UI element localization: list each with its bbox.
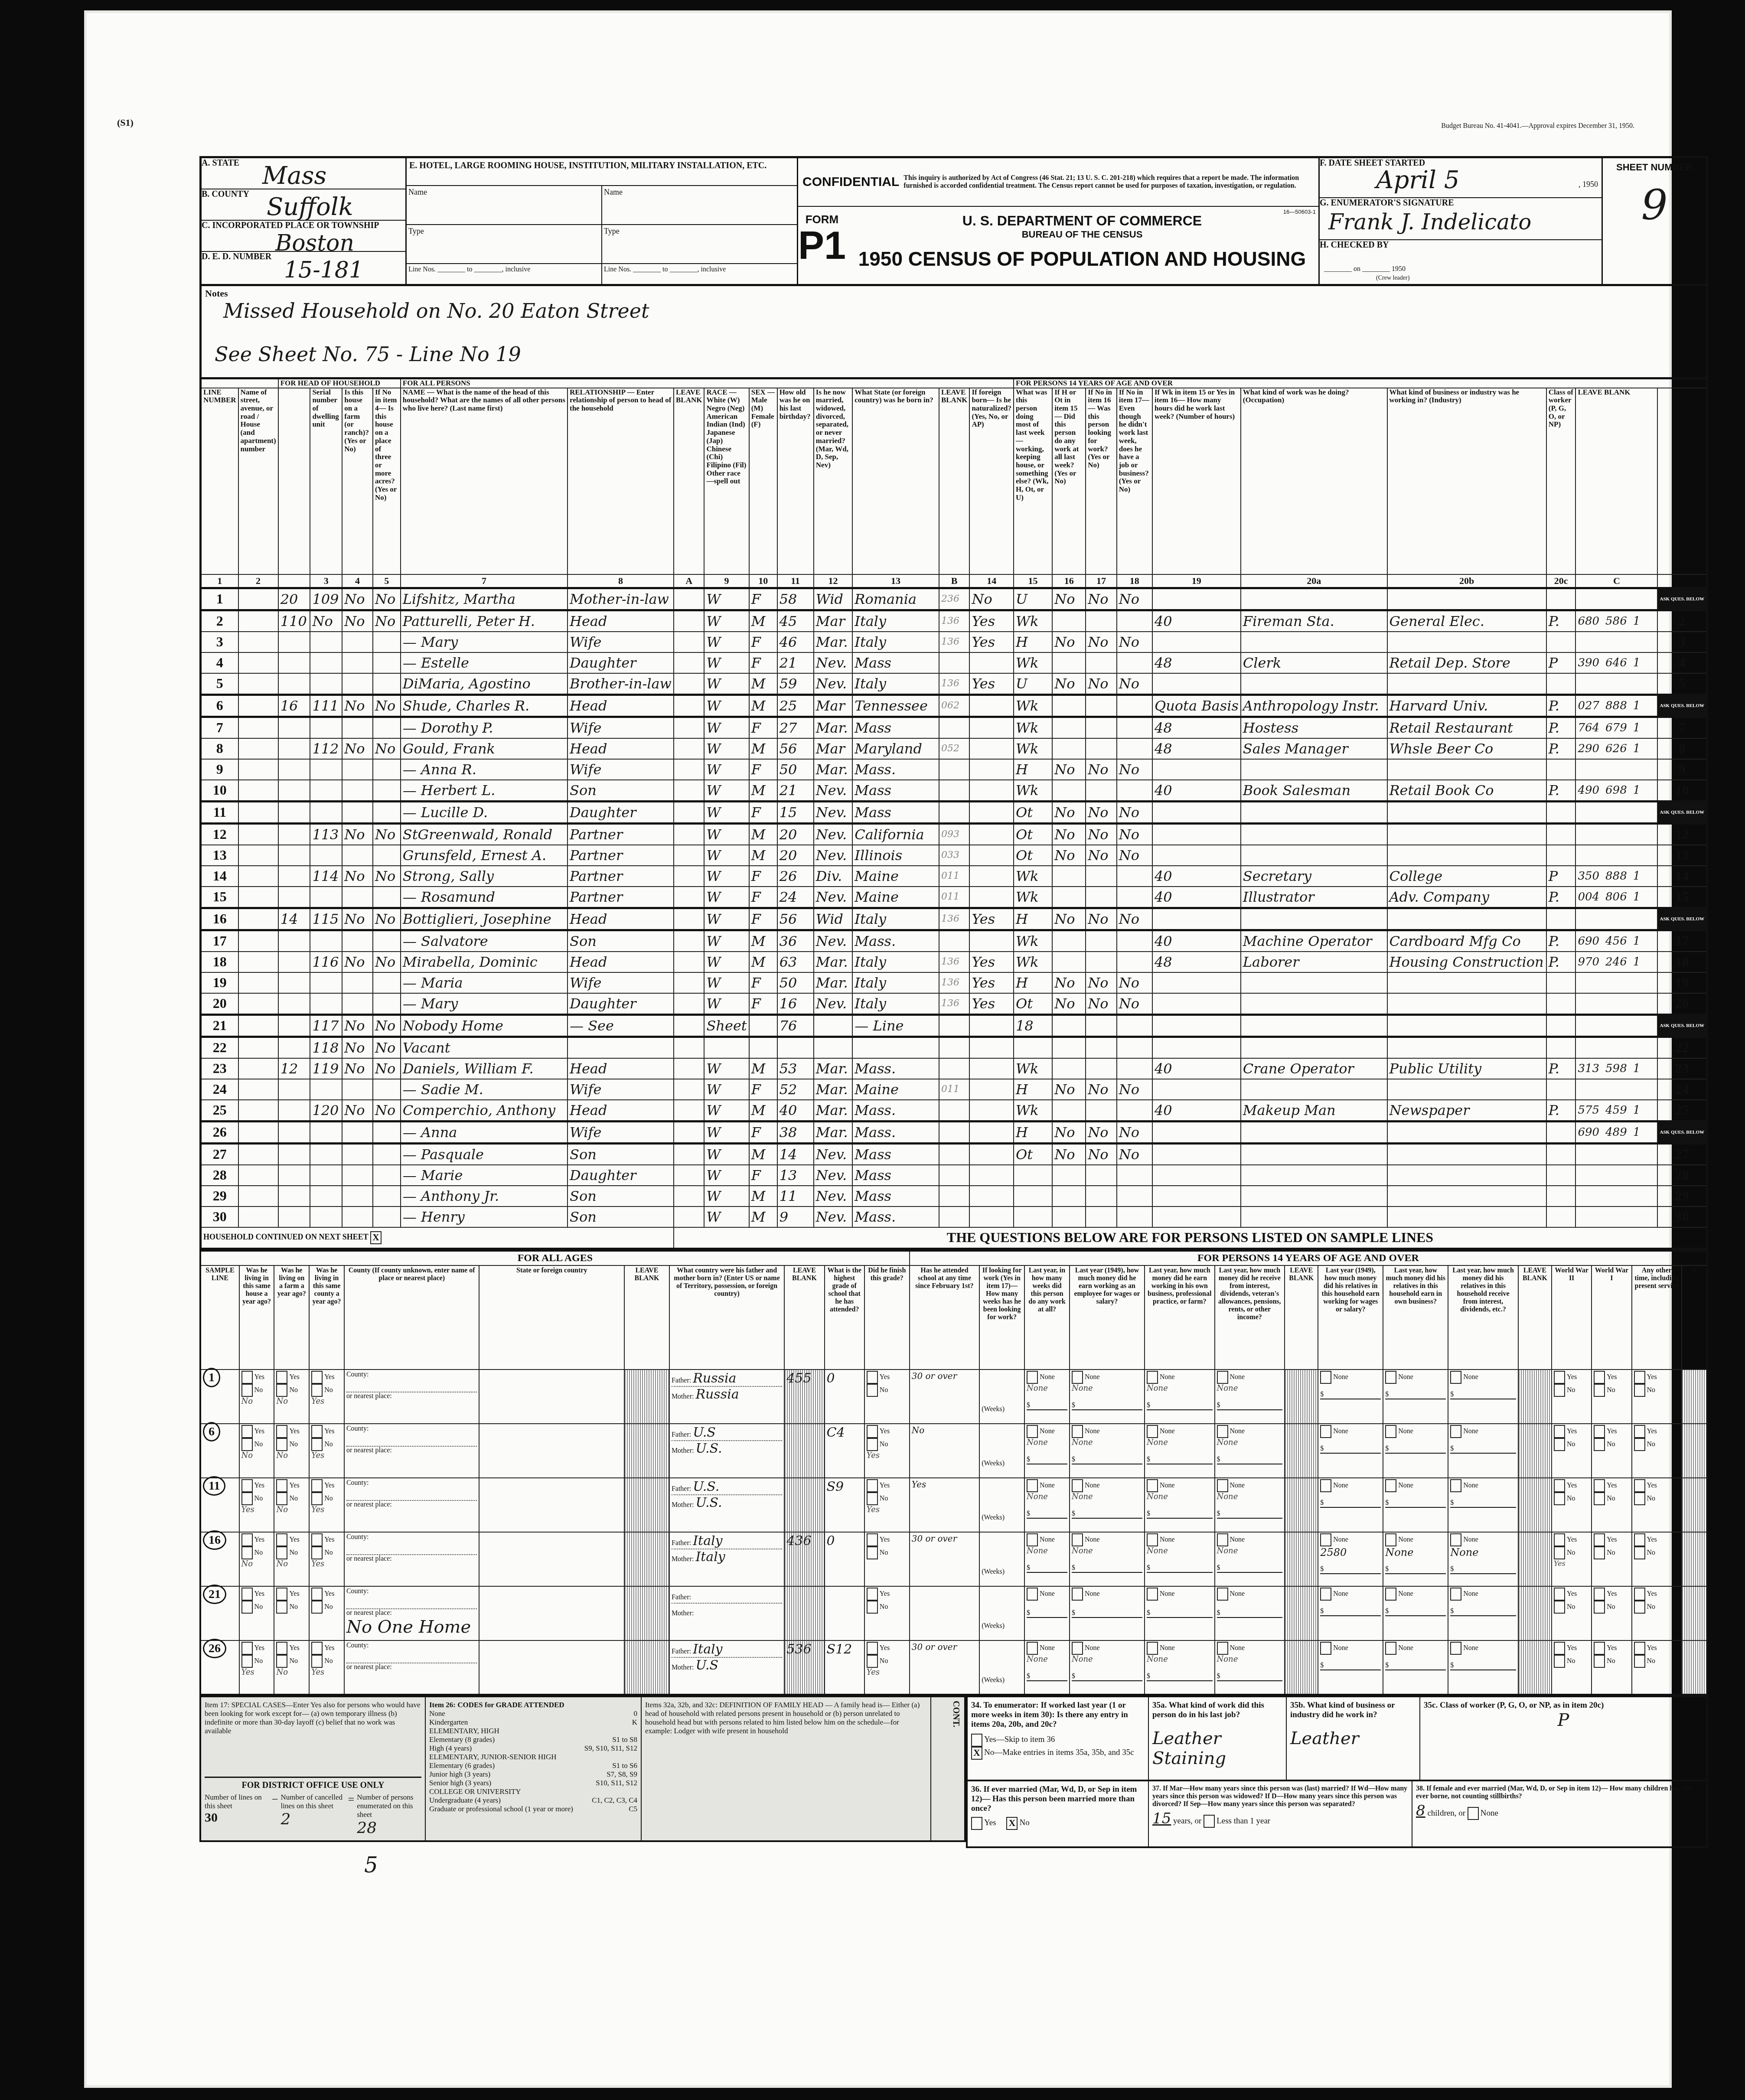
sex[interactable] [749, 1014, 777, 1037]
person-name[interactable]: Lifshitz, Martha [401, 588, 568, 610]
cell-acres[interactable] [373, 993, 401, 1015]
q31a-cell[interactable]: NoneNone$ [1070, 1478, 1145, 1532]
q24a-cell[interactable]: County:or nearest place:No One Home [344, 1586, 479, 1640]
relationship[interactable]: Son [568, 1186, 674, 1207]
cell-acres[interactable] [373, 780, 401, 802]
relationship[interactable]: Son [568, 780, 674, 802]
has-job[interactable] [1117, 1014, 1152, 1037]
birthplace[interactable]: — Line [852, 1014, 939, 1037]
grade[interactable]: C4 [827, 1425, 845, 1440]
birthplace[interactable]: Maine [852, 887, 939, 908]
race[interactable]: W [704, 652, 749, 673]
person-name[interactable]: Shude, Charles R. [401, 695, 568, 717]
q31c-cell[interactable]: NoneNone$ [1215, 1424, 1285, 1478]
class-of-worker[interactable] [1546, 588, 1576, 610]
industry[interactable]: Retail Book Co [1387, 780, 1546, 802]
has-job[interactable]: No [1117, 972, 1152, 993]
cell-street[interactable] [238, 759, 278, 780]
cell-acres[interactable] [373, 1143, 401, 1165]
activity[interactable]: H [1014, 632, 1052, 652]
age[interactable]: 14 [777, 1143, 814, 1165]
age[interactable]: 21 [777, 652, 814, 673]
relationship[interactable]: Brother-in-law [568, 673, 674, 695]
cell-farm[interactable] [342, 717, 373, 738]
age[interactable]: 46 [777, 632, 814, 652]
hours-worked[interactable]: 48 [1152, 738, 1241, 759]
age[interactable]: 40 [777, 1100, 814, 1122]
sex[interactable]: F [749, 588, 777, 610]
cell-serial[interactable] [310, 1186, 342, 1207]
q23-checkbox[interactable]: Yes [311, 1425, 342, 1438]
q30-cell[interactable]: NoneNone$ [1024, 1640, 1070, 1695]
q24b-cell[interactable] [479, 1424, 624, 1478]
cell-acres[interactable] [373, 1079, 401, 1100]
naturalized[interactable] [969, 1121, 1014, 1143]
race[interactable]: W [704, 930, 749, 952]
activity[interactable]: H [1014, 972, 1052, 993]
age[interactable]: 21 [777, 780, 814, 802]
occupation[interactable]: Secretary [1241, 866, 1387, 887]
q24a-cell[interactable]: County:or nearest place: [344, 1370, 479, 1424]
occupation[interactable] [1241, 759, 1387, 780]
person-name[interactable]: Strong, Sally [401, 866, 568, 887]
birthplace-code[interactable]: 052 [939, 738, 969, 759]
industry[interactable] [1387, 673, 1546, 695]
occupation[interactable] [1241, 1014, 1387, 1037]
marital-status[interactable]: Mar [814, 738, 852, 759]
looking-for-work[interactable] [1086, 887, 1117, 908]
sex[interactable]: M [749, 738, 777, 759]
person-name[interactable]: — Mary [401, 993, 568, 1015]
q31b-cell[interactable]: NoneNone$ [1145, 1532, 1215, 1586]
activity[interactable]: Wk [1014, 652, 1052, 673]
q21-cell[interactable]: YesNoNo [239, 1424, 274, 1478]
has-job[interactable] [1117, 930, 1152, 952]
looking-for-work[interactable]: No [1086, 632, 1117, 652]
q33c-cell[interactable]: YesNo [1632, 1424, 1682, 1478]
birthplace[interactable]: Mass [852, 780, 939, 802]
relationship[interactable]: Head [568, 908, 674, 930]
race[interactable]: W [704, 673, 749, 695]
institution-lines-2[interactable]: Line Nos. ________ to ________, inclusiv… [602, 264, 797, 275]
activity[interactable]: H [1014, 1079, 1052, 1100]
hours-worked[interactable]: 40 [1152, 887, 1241, 908]
activity[interactable]: Wk [1014, 1100, 1052, 1122]
cell-street[interactable] [238, 1058, 278, 1079]
birthplace-code[interactable]: 093 [939, 823, 969, 845]
age[interactable]: 56 [777, 738, 814, 759]
q22-checkbox[interactable]: Yes [276, 1479, 307, 1492]
relationship[interactable]: Partner [568, 845, 674, 866]
naturalized[interactable] [969, 1100, 1014, 1122]
e-code[interactable]: 436 [786, 1533, 811, 1549]
q33b-cell[interactable]: YesNo [1592, 1532, 1631, 1586]
q27-checkbox[interactable]: Yes [867, 1533, 907, 1546]
person-name[interactable]: — Lucille D. [401, 801, 568, 823]
industry[interactable]: College [1387, 866, 1546, 887]
race[interactable]: W [704, 823, 749, 845]
class-of-worker[interactable] [1546, 632, 1576, 652]
cell-house[interactable] [278, 1100, 310, 1122]
hours-worked[interactable] [1152, 801, 1241, 823]
cell-serial[interactable]: 113 [310, 823, 342, 845]
birthplace[interactable]: Mass [852, 1186, 939, 1207]
age[interactable]: 13 [777, 1165, 814, 1186]
cell-acres[interactable]: No [373, 738, 401, 759]
cell-farm[interactable]: No [342, 1100, 373, 1122]
race[interactable]: W [704, 866, 749, 887]
q21-cell[interactable]: YesNoNo [239, 1532, 274, 1586]
cell-street[interactable] [238, 1186, 278, 1207]
q32c-cell[interactable]: None$ [1448, 1424, 1518, 1478]
hours-worked[interactable] [1152, 1121, 1241, 1143]
looking-for-work[interactable]: No [1086, 972, 1117, 993]
cell-farm[interactable]: No [342, 1058, 373, 1079]
marital-status[interactable]: Mar. [814, 632, 852, 652]
q27-checkbox[interactable]: Yes [867, 1425, 907, 1438]
looking-for-work[interactable]: No [1086, 1143, 1117, 1165]
sex[interactable]: M [749, 845, 777, 866]
q26-cell[interactable]: S9 [825, 1478, 864, 1532]
looking-for-work[interactable] [1086, 1165, 1117, 1186]
occupation[interactable]: Machine Operator [1241, 930, 1387, 952]
activity[interactable] [1014, 1037, 1052, 1058]
cell-street[interactable] [238, 695, 278, 717]
cell-serial[interactable]: 116 [310, 952, 342, 972]
person-name[interactable]: Nobody Home [401, 1014, 568, 1037]
any-work[interactable] [1052, 887, 1086, 908]
sex[interactable]: M [749, 610, 777, 632]
naturalized[interactable]: Yes [969, 908, 1014, 930]
occupation[interactable] [1241, 908, 1387, 930]
cell-house[interactable] [278, 1014, 310, 1037]
cell-street[interactable] [238, 780, 278, 802]
q36-yes-checkbox[interactable] [971, 1817, 982, 1830]
hours-worked[interactable]: 48 [1152, 717, 1241, 738]
cell-farm[interactable] [342, 993, 373, 1015]
marital-status[interactable]: Mar. [814, 1058, 852, 1079]
hours-worked[interactable]: 40 [1152, 1058, 1241, 1079]
grade[interactable]: 0 [827, 1533, 835, 1549]
e-code[interactable]: 455 [786, 1371, 811, 1386]
has-job[interactable]: No [1117, 759, 1152, 780]
age[interactable]: 50 [777, 972, 814, 993]
sheet-number[interactable]: 9 [1603, 181, 1706, 229]
cell-farm[interactable] [342, 632, 373, 652]
industry[interactable]: Housing Construction [1387, 952, 1546, 972]
cell-house[interactable] [278, 887, 310, 908]
has-job[interactable] [1117, 1165, 1152, 1186]
q34-no-checkbox[interactable]: X [971, 1747, 982, 1760]
looking-for-work[interactable] [1086, 1100, 1117, 1122]
looking-for-work[interactable] [1086, 1186, 1117, 1207]
q27-cell[interactable]: YesNoYes [864, 1640, 910, 1695]
any-work[interactable] [1052, 952, 1086, 972]
sex[interactable]: M [749, 1186, 777, 1207]
activity[interactable]: Wk [1014, 717, 1052, 738]
naturalized[interactable]: Yes [969, 952, 1014, 972]
cell-street[interactable] [238, 930, 278, 952]
birthplace-code[interactable]: 136 [939, 993, 969, 1015]
occupation[interactable]: Fireman Sta. [1241, 610, 1387, 632]
occupation[interactable]: Laborer [1241, 952, 1387, 972]
q33b-cell[interactable]: YesNo [1592, 1424, 1631, 1478]
class-of-worker[interactable] [1546, 1037, 1576, 1058]
cell-acres[interactable] [373, 801, 401, 823]
has-job[interactable]: No [1117, 823, 1152, 845]
has-job[interactable] [1117, 780, 1152, 802]
sex[interactable]: M [749, 673, 777, 695]
industry[interactable] [1387, 1186, 1546, 1207]
q23-checkbox[interactable]: Yes [311, 1479, 342, 1492]
person-name[interactable]: Gould, Frank [401, 738, 568, 759]
occupation[interactable] [1241, 823, 1387, 845]
any-work[interactable]: No [1052, 972, 1086, 993]
q33c-cell[interactable]: YesNo [1632, 1640, 1682, 1695]
has-job[interactable] [1117, 866, 1152, 887]
cell-street[interactable] [238, 673, 278, 695]
cell-farm[interactable]: No [342, 866, 373, 887]
sex[interactable]: F [749, 887, 777, 908]
race[interactable]: W [704, 845, 749, 866]
class-of-worker[interactable]: P. [1546, 717, 1576, 738]
q32b-cell[interactable]: None$ [1383, 1478, 1448, 1532]
relationship[interactable]: Wife [568, 1079, 674, 1100]
cell-acres[interactable]: No [373, 823, 401, 845]
q27-cell[interactable]: YesNoYes [864, 1478, 910, 1532]
birthplace-code[interactable] [939, 759, 969, 780]
industry[interactable] [1387, 993, 1546, 1015]
race[interactable]: W [704, 588, 749, 610]
q28-cell[interactable]: Yes [910, 1478, 980, 1532]
cell-acres[interactable]: No [373, 610, 401, 632]
cell-serial[interactable] [310, 1121, 342, 1143]
cell-serial[interactable] [310, 780, 342, 802]
birthplace[interactable]: Mass [852, 1165, 939, 1186]
occupation[interactable] [1241, 1121, 1387, 1143]
industry[interactable] [1387, 759, 1546, 780]
race[interactable]: W [704, 632, 749, 652]
sample-note[interactable]: No One Home [346, 1617, 477, 1637]
any-work[interactable]: No [1052, 823, 1086, 845]
activity[interactable]: Ot [1014, 823, 1052, 845]
birthplace[interactable]: Italy [852, 952, 939, 972]
class-of-worker[interactable] [1546, 1207, 1576, 1227]
relationship[interactable]: Partner [568, 887, 674, 908]
any-work[interactable]: No [1052, 1079, 1086, 1100]
has-job[interactable]: No [1117, 673, 1152, 695]
relationship[interactable]: Son [568, 930, 674, 952]
race[interactable]: W [704, 1165, 749, 1186]
q33b-cell[interactable]: YesNo [1592, 1640, 1631, 1695]
birthplace[interactable]: Tennessee [852, 695, 939, 717]
class-of-worker[interactable] [1546, 1143, 1576, 1165]
naturalized[interactable] [969, 1186, 1014, 1207]
q21-checkbox[interactable]: Yes [241, 1642, 272, 1655]
cell-serial[interactable] [310, 673, 342, 695]
q31b-cell[interactable]: None$ [1145, 1586, 1215, 1640]
birthplace-code[interactable]: 236 [939, 588, 969, 610]
cell-acres[interactable]: No [373, 952, 401, 972]
looking-for-work[interactable] [1086, 738, 1117, 759]
hours-worked[interactable]: 40 [1152, 866, 1241, 887]
naturalized[interactable]: Yes [969, 673, 1014, 695]
activity[interactable] [1014, 1165, 1052, 1186]
q23-cell[interactable]: YesNoYes [309, 1370, 344, 1424]
activity[interactable]: U [1014, 588, 1052, 610]
hours-worked[interactable]: 40 [1152, 1100, 1241, 1122]
cell-acres[interactable]: No [373, 866, 401, 887]
q32a-cell[interactable]: None$ [1318, 1640, 1383, 1695]
occupation[interactable]: Book Salesman [1241, 780, 1387, 802]
sex[interactable]: M [749, 823, 777, 845]
age[interactable]: 52 [777, 1079, 814, 1100]
relationship[interactable]: Daughter [568, 1165, 674, 1186]
birthplace[interactable]: Maryland [852, 738, 939, 759]
activity[interactable] [1014, 1186, 1052, 1207]
relationship[interactable]: Daughter [568, 652, 674, 673]
looking-for-work[interactable] [1086, 866, 1117, 887]
any-work[interactable]: No [1052, 801, 1086, 823]
cell-street[interactable] [238, 1014, 278, 1037]
age[interactable] [777, 1037, 814, 1058]
activity[interactable]: Wk [1014, 738, 1052, 759]
sex[interactable]: F [749, 652, 777, 673]
cell-acres[interactable] [373, 717, 401, 738]
looking-for-work[interactable] [1086, 1058, 1117, 1079]
cell-house[interactable] [278, 632, 310, 652]
industry[interactable] [1387, 908, 1546, 930]
cell-serial[interactable] [310, 930, 342, 952]
any-work[interactable]: No [1052, 845, 1086, 866]
looking-for-work[interactable] [1086, 1037, 1117, 1058]
race[interactable]: W [704, 717, 749, 738]
birthplace-code[interactable] [939, 1014, 969, 1037]
race[interactable]: W [704, 1121, 749, 1143]
class-of-worker[interactable]: P. [1546, 952, 1576, 972]
sex[interactable]: F [749, 866, 777, 887]
industry[interactable]: Newspaper [1387, 1100, 1546, 1122]
q33a-cell[interactable]: YesNo [1552, 1640, 1592, 1695]
person-name[interactable]: StGreenwald, Ronald [401, 823, 568, 845]
q21-cell[interactable]: YesNoYes [239, 1640, 274, 1695]
cell-serial[interactable]: 118 [310, 1037, 342, 1058]
marital-status[interactable]: Nev. [814, 993, 852, 1015]
cell-acres[interactable]: No [373, 908, 401, 930]
cell-serial[interactable]: 111 [310, 695, 342, 717]
person-name[interactable]: — Henry [401, 1207, 568, 1227]
q24b-cell[interactable] [479, 1640, 624, 1695]
cell-farm[interactable]: No [342, 695, 373, 717]
industry[interactable] [1387, 801, 1546, 823]
occupation[interactable] [1241, 972, 1387, 993]
birthplace-code[interactable] [939, 780, 969, 802]
cell-farm[interactable]: No [342, 1037, 373, 1058]
mother-birthplace[interactable]: U.S. [695, 1441, 722, 1456]
q29-cell[interactable]: (Weeks) [979, 1640, 1024, 1695]
sex[interactable] [749, 1037, 777, 1058]
industry[interactable] [1387, 1143, 1546, 1165]
cell-street[interactable] [238, 887, 278, 908]
sex[interactable]: M [749, 952, 777, 972]
birthplace-code[interactable]: 011 [939, 866, 969, 887]
sex[interactable]: F [749, 717, 777, 738]
age[interactable]: 59 [777, 673, 814, 695]
cell-farm[interactable] [342, 887, 373, 908]
marital-status[interactable]: Nev. [814, 780, 852, 802]
q35c-answer[interactable]: P [1424, 1710, 1703, 1730]
relationship[interactable]: Son [568, 1207, 674, 1227]
q28-cell[interactable]: No [910, 1424, 980, 1478]
sex[interactable]: F [749, 801, 777, 823]
birthplace[interactable]: California [852, 823, 939, 845]
q24b-cell[interactable] [479, 1586, 624, 1640]
cell-house[interactable] [278, 1186, 310, 1207]
hours-worked[interactable]: 40 [1152, 610, 1241, 632]
industry[interactable]: Retail Restaurant [1387, 717, 1546, 738]
cell-farm[interactable]: No [342, 908, 373, 930]
person-name[interactable]: — Herbert L. [401, 780, 568, 802]
person-name[interactable]: — Sadie M. [401, 1079, 568, 1100]
q29-cell[interactable]: (Weeks) [979, 1370, 1024, 1424]
q31a-cell[interactable]: NoneNone$ [1070, 1640, 1145, 1695]
q27-checkbox[interactable]: Yes [867, 1371, 907, 1384]
relationship[interactable]: Son [568, 1143, 674, 1165]
class-of-worker[interactable] [1546, 1014, 1576, 1037]
hours-worked[interactable] [1152, 845, 1241, 866]
any-work[interactable] [1052, 738, 1086, 759]
institution-type-1[interactable]: Type [407, 225, 601, 264]
q33b-cell[interactable]: YesNo [1592, 1370, 1631, 1424]
occupation[interactable] [1241, 1079, 1387, 1100]
has-job[interactable]: No [1117, 845, 1152, 866]
hours-worked[interactable]: 48 [1152, 952, 1241, 972]
institution-name-2[interactable]: Name [602, 186, 797, 225]
cell-serial[interactable] [310, 887, 342, 908]
q29-cell[interactable]: (Weeks) [979, 1532, 1024, 1586]
cell-farm[interactable]: No [342, 738, 373, 759]
has-job[interactable]: No [1117, 632, 1152, 652]
q25-cell[interactable]: Father: Mother: [669, 1586, 784, 1640]
any-work[interactable] [1052, 695, 1086, 717]
cell-house[interactable] [278, 1121, 310, 1143]
relationship[interactable]: Mother-in-law [568, 588, 674, 610]
birthplace-code[interactable] [939, 1121, 969, 1143]
class-of-worker[interactable] [1546, 673, 1576, 695]
state-value[interactable]: Mass [262, 162, 326, 190]
race[interactable]: W [704, 1058, 749, 1079]
q32a-cell[interactable]: None$ [1318, 1478, 1383, 1532]
industry[interactable]: Adv. Company [1387, 887, 1546, 908]
has-job[interactable] [1117, 1207, 1152, 1227]
cell-farm[interactable] [342, 1207, 373, 1227]
cell-street[interactable] [238, 1143, 278, 1165]
q31c-cell[interactable]: NoneNone$ [1215, 1532, 1285, 1586]
occupation[interactable] [1241, 1143, 1387, 1165]
cell-acres[interactable]: No [373, 1037, 401, 1058]
q22-cell[interactable]: YesNoNo [274, 1478, 309, 1532]
q31c-cell[interactable]: NoneNone$ [1215, 1370, 1285, 1424]
cell-acres[interactable] [373, 1121, 401, 1143]
q21-cell[interactable]: YesNoYes [239, 1478, 274, 1532]
mother-birthplace[interactable]: U.S [695, 1658, 718, 1673]
looking-for-work[interactable] [1086, 610, 1117, 632]
sex[interactable]: M [749, 930, 777, 952]
age[interactable]: 27 [777, 717, 814, 738]
any-work[interactable] [1052, 1165, 1086, 1186]
naturalized[interactable] [969, 759, 1014, 780]
class-of-worker[interactable]: P. [1546, 780, 1576, 802]
